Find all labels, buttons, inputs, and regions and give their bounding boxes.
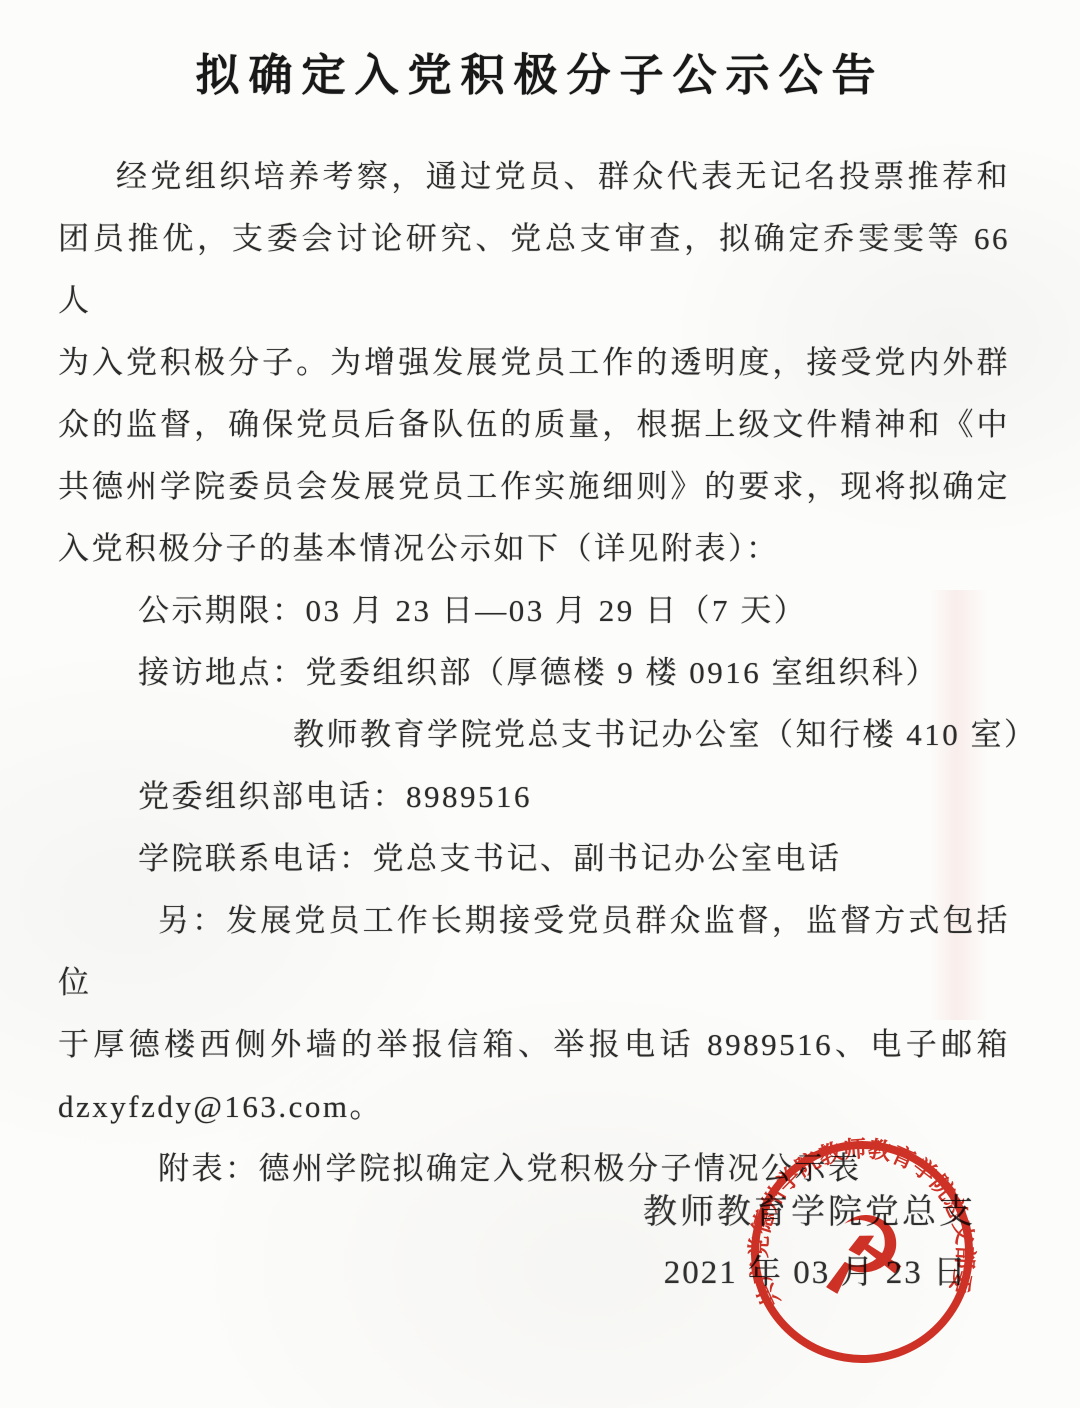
text-line: 众的监督，确保党员后备队伍的质量，根据上级文件精神和《中: [58, 394, 1010, 456]
official-seal: 中国共产党德州学院教师教育学院总支部委员会 ☭: [734, 1124, 990, 1380]
text-line: 学院联系电话：党总支书记、副书记办公室电话: [58, 828, 1010, 890]
document-title: 拟确定入党积极分子公示公告: [0, 40, 1080, 112]
document-body: 经党组织培养考察，通过党员、群众代表无记名投票推荐和 团员推优，支委会讨论研究、…: [58, 146, 1010, 1200]
text-line: 共德州学院委员会发展党员工作实施细则》的要求，现将拟确定: [58, 456, 1010, 518]
text-line: 公示期限：03 月 23 日—03 月 29 日（7 天）: [58, 580, 1010, 642]
text-line: 于厚德楼西侧外墙的举报信箱、举报电话 8989516、电子邮箱: [58, 1014, 1010, 1076]
text-line: dzxyfzdy@163.com。: [58, 1076, 1010, 1138]
hammer-sickle-icon: ☭: [811, 1192, 913, 1320]
text-line: 接访地点：党委组织部（厚德楼 9 楼 0916 室组织科）: [58, 642, 1010, 704]
text-line: 团员推优，支委会讨论研究、党总支审查，拟确定乔雯雯等 66 人: [58, 208, 1010, 332]
text-line: 党委组织部电话：8989516: [58, 766, 1010, 828]
text-line: 另：发展党员工作长期接受党员群众监督，监督方式包括位: [58, 890, 1010, 1014]
text-line: 为入党积极分子。为增强发展党员工作的透明度，接受党内外群: [58, 332, 1010, 394]
text-line: 教师教育学院党总支书记办公室（知行楼 410 室）: [58, 704, 1010, 766]
text-line: 入党积极分子的基本情况公示如下（详见附表）：: [58, 518, 1010, 580]
text-line: 经党组织培养考察，通过党员、群众代表无记名投票推荐和: [58, 146, 1010, 208]
announcement-document: 拟确定入党积极分子公示公告 经党组织培养考察，通过党员、群众代表无记名投票推荐和…: [0, 0, 1080, 1408]
